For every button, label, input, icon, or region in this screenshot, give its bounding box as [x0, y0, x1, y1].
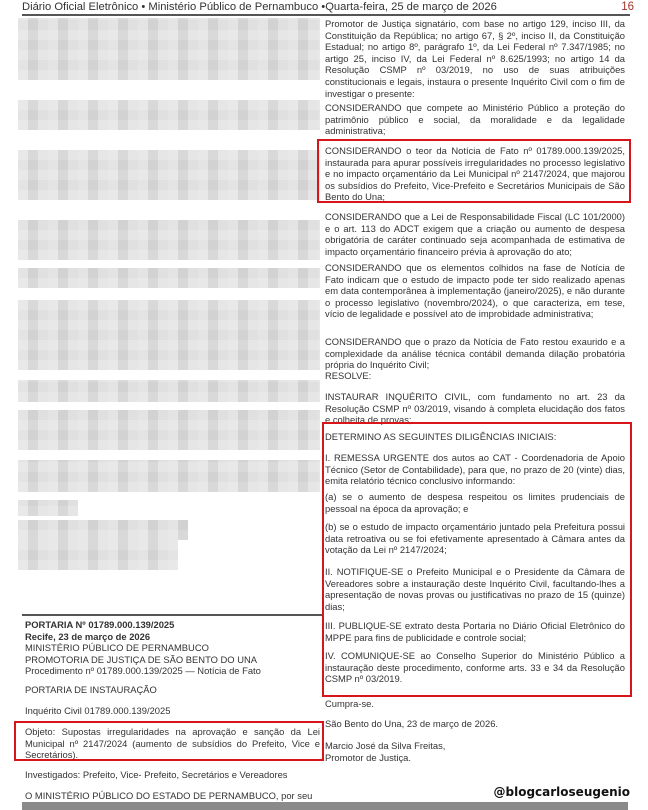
highlight-considerando-2	[317, 139, 631, 203]
considerando-1: CONSIDERANDO que compete ao Ministério P…	[325, 102, 625, 137]
signer-name: Marcio José da Silva Freitas,	[325, 740, 625, 752]
redacted-block	[18, 540, 178, 570]
portaria-type: PORTARIA DE INSTAURAÇÃO	[25, 684, 320, 696]
footer-bar	[22, 802, 628, 810]
redacted-block	[18, 380, 320, 402]
redacted-block	[18, 460, 320, 492]
redacted-block	[18, 520, 188, 540]
redacted-block	[18, 220, 320, 260]
inquerito-number: Inquérito Civil 01789.000.139/2025	[25, 705, 320, 717]
section-divider	[22, 614, 322, 616]
watermark: @blogcarloseugenio	[494, 785, 630, 799]
portaria-header: PORTARIA Nº 01789.000.139/2025 Recife, 2…	[25, 619, 320, 677]
redacted-block	[18, 300, 320, 370]
diligencia-1b: (b) se o estudo de impacto orçamentário …	[325, 521, 625, 556]
diligencia-2: II. NOTIFIQUE-SE o Prefeito Municipal e …	[325, 566, 625, 612]
instaurar-paragraph: INSTAURAR INQUÉRITO CIVIL, com fundament…	[325, 391, 625, 426]
considerando-4: CONSIDERANDO que os elementos colhidos n…	[325, 262, 625, 320]
org-name: MINISTÉRIO PÚBLICO DE PERNAMBUCO	[25, 642, 320, 654]
place-date: São Bento do Una, 23 de março de 2026.	[325, 718, 625, 730]
signature-block: Marcio José da Silva Freitas, Promotor d…	[325, 740, 625, 763]
gazette-header: Diário Oficial Eletrônico • Ministério P…	[22, 0, 640, 14]
opening-line: O MINISTÉRIO PÚBLICO DO ESTADO DE PERNAM…	[25, 790, 320, 802]
intro-paragraph: Promotor de Justiça signatário, com base…	[325, 18, 625, 99]
procedimento: Procedimento nº 01789.000.139/2025 — Not…	[25, 665, 320, 677]
investigados: Investigados: Prefeito, Vice- Prefeito, …	[25, 769, 320, 781]
diligencia-4: IV. COMUNIQUE-SE ao Conselho Superior do…	[325, 650, 625, 685]
gazette-title: Diário Oficial Eletrônico • Ministério P…	[22, 0, 497, 14]
promotoria-name: PROMOTORIA DE JUSTIÇA DE SÃO BENTO DO UN…	[25, 654, 320, 666]
considerando-3: CONSIDERANDO que a Lei de Responsabilida…	[325, 211, 625, 257]
diligencia-1: I. REMESSA URGENTE dos autos ao CAT - Co…	[325, 452, 625, 487]
redacted-block	[18, 150, 320, 200]
resolve-heading: RESOLVE:	[325, 370, 625, 382]
determino-heading: DETERMINO AS SEGUINTES DILIGÊNCIAS INICI…	[325, 431, 625, 443]
objeto: Objeto: Supostas irregularidades na apro…	[25, 726, 320, 761]
redacted-block	[18, 268, 320, 288]
cumpra-se: Cumpra-se.	[325, 698, 625, 710]
redacted-block	[18, 100, 320, 130]
redacted-block	[18, 410, 320, 450]
redacted-block	[18, 500, 78, 516]
portaria-title: PORTARIA Nº 01789.000.139/2025	[25, 619, 320, 631]
signer-role: Promotor de Justiça.	[325, 752, 625, 764]
considerando-5: CONSIDERANDO que o prazo da Notícia de F…	[325, 336, 625, 371]
portaria-date: Recife, 23 de março de 2026	[25, 631, 320, 643]
page-number: 16	[621, 0, 634, 14]
diligencia-3: III. PUBLIQUE-SE extrato desta Portaria …	[325, 620, 625, 643]
header-divider	[22, 14, 630, 16]
diligencia-1a: (a) se o aumento de despesa respeitou os…	[325, 491, 625, 514]
redacted-block	[18, 18, 320, 80]
